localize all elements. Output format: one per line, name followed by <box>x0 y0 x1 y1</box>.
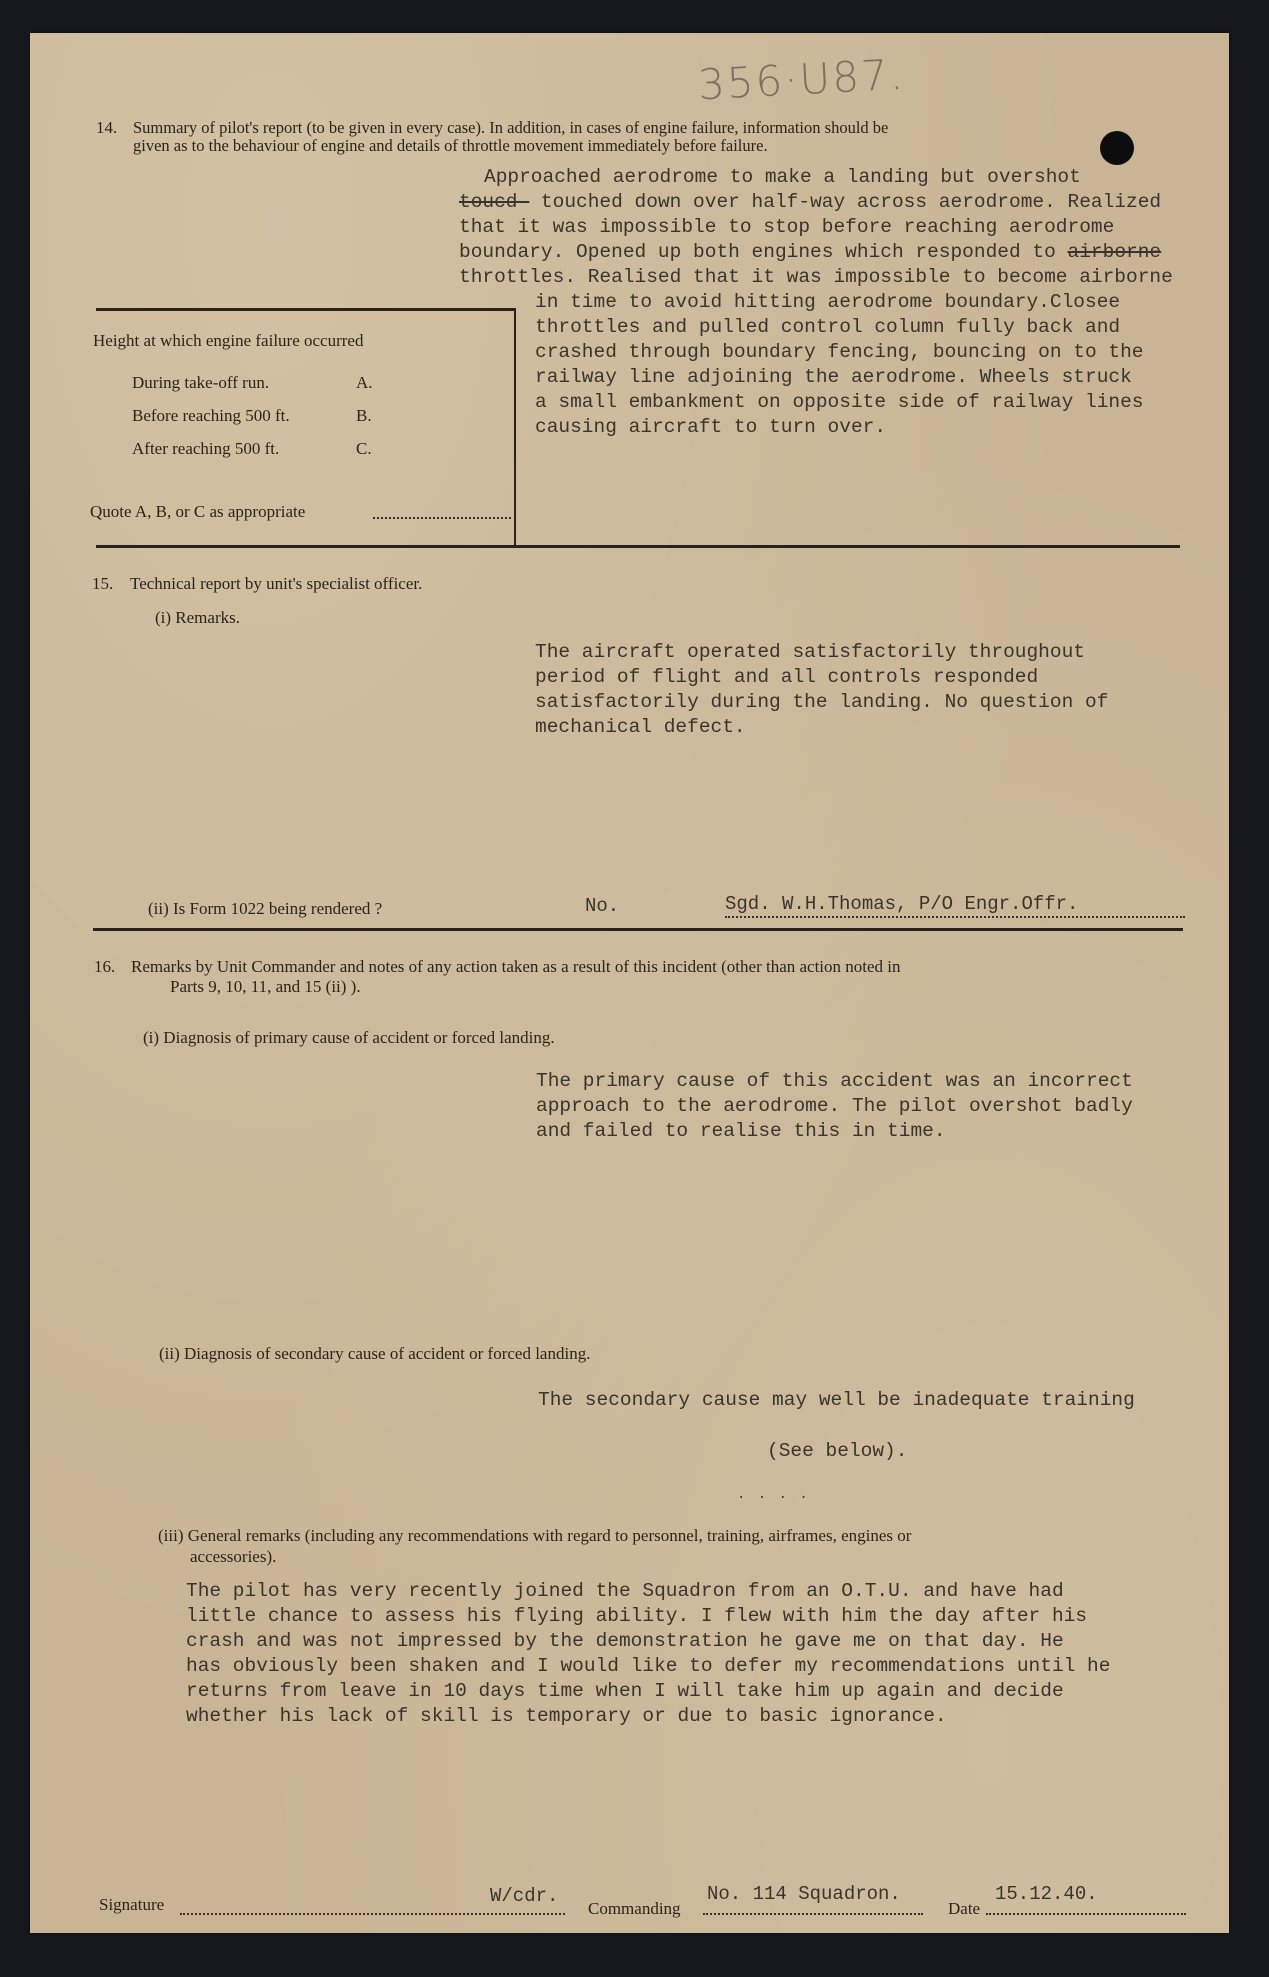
technical-remarks-line-3: satisfactorily during the landing. No qu… <box>535 690 1108 715</box>
date-field[interactable] <box>986 1913 1186 1915</box>
commanding-label: Commanding <box>588 1899 681 1919</box>
punch-hole <box>1100 131 1134 165</box>
pilot-report-line-3: that it was impossible to stop before re… <box>459 215 1114 240</box>
section-16-number: 16. <box>94 957 115 977</box>
engine-failure-option-label: Before reaching 500 ft. <box>132 406 290 426</box>
engineer-signature: Sgd. W.H.Thomas, P/O Engr.Offr. <box>725 893 1078 915</box>
pilot-report-line-9: railway line adjoining the aerodrome. Wh… <box>535 365 1132 390</box>
section-14-heading-line1: Summary of pilot's report (to be given i… <box>133 118 888 138</box>
engineer-signature-line <box>725 916 1185 918</box>
general-remarks-line-2: little chance to assess his flying abili… <box>186 1604 1087 1629</box>
commanding-field[interactable] <box>703 1913 923 1915</box>
primary-cause-line-1: The primary cause of this accident was a… <box>536 1069 1133 1094</box>
primary-cause-line-2: approach to the aerodrome. The pilot ove… <box>536 1094 1133 1119</box>
pilot-report-line-4: boundary. Opened up both engines which r… <box>459 240 1161 265</box>
struck-word: airborne <box>1068 241 1162 263</box>
section-15-number: 15. <box>92 574 113 594</box>
engine-failure-option-label: During take-off run. <box>132 373 269 393</box>
pilot-report-line-1: Approached aerodrome to make a landing b… <box>484 165 1081 190</box>
box-top-rule <box>96 308 516 311</box>
general-remarks-line-3: crash and was not impressed by the demon… <box>186 1629 1064 1654</box>
section-divider <box>96 545 1180 548</box>
secondary-cause-text: The secondary cause may well be inadequa… <box>538 1388 1135 1413</box>
technical-remarks-line-2: period of flight and all controls respon… <box>535 665 1038 690</box>
technical-remarks-line-1: The aircraft operated satisfactorily thr… <box>535 640 1085 665</box>
pilot-report-line-11: causing aircraft to turn over. <box>535 415 886 440</box>
pilot-report-line-2: toucd- touched down over half-way across… <box>459 190 1161 215</box>
commanding-value: No. 114 Squadron. <box>707 1883 901 1905</box>
pilot-report-line-6: in time to avoid hitting aerodrome bound… <box>535 290 1120 315</box>
form-1022-value: No. <box>585 895 619 917</box>
signature-label: Signature <box>99 1895 164 1915</box>
pilot-report-line-7: throttles and pulled control column full… <box>535 315 1120 340</box>
general-remarks-line-4: has obviously been shaken and I would li… <box>186 1654 1110 1679</box>
pilot-report-line-5: throttles. Realised that it was impossib… <box>459 265 1173 290</box>
engine-failure-option-code: C. <box>356 439 372 459</box>
general-remarks-line-1: The pilot has very recently joined the S… <box>186 1579 1064 1604</box>
remarks-label: (i) Remarks. <box>155 608 240 628</box>
signature-field[interactable] <box>180 1913 565 1915</box>
general-remarks-line-5: returns from leave in 10 days time when … <box>186 1679 1064 1704</box>
date-value: 15.12.40. <box>995 1883 1098 1905</box>
section-15-heading: Technical report by unit's specialist of… <box>130 574 422 594</box>
engine-failure-option-label: After reaching 500 ft. <box>132 439 279 459</box>
general-remarks-label-line1: (iii) General remarks (including any rec… <box>158 1526 911 1546</box>
engine-failure-option-code: A. <box>356 373 373 393</box>
quote-abc-label: Quote A, B, or C as appropriate <box>90 502 305 522</box>
engine-failure-option-code: B. <box>356 406 372 426</box>
date-label: Date <box>948 1899 980 1919</box>
section-14-heading-line2: given as to the behaviour of engine and … <box>133 136 768 156</box>
section-14-number: 14. <box>96 118 117 138</box>
pilot-report-line-8: crashed through boundary fencing, bounci… <box>535 340 1144 365</box>
document-page: 356·U87. 14. Summary of pilot's report (… <box>30 33 1229 1933</box>
quote-abc-field[interactable] <box>373 517 511 519</box>
secondary-cause-label: (ii) Diagnosis of secondary cause of acc… <box>159 1344 590 1364</box>
technical-remarks-line-4: mechanical defect. <box>535 715 746 740</box>
primary-cause-label: (i) Diagnosis of primary cause of accide… <box>143 1028 555 1048</box>
handwritten-reference-number: 356·U87. <box>697 50 906 110</box>
signature-value: W/cdr. <box>490 1885 558 1907</box>
primary-cause-line-3: and failed to realise this in time. <box>536 1119 946 1144</box>
form-1022-label: (ii) Is Form 1022 being rendered ? <box>148 899 382 919</box>
struck-word: toucd- <box>459 191 529 213</box>
secondary-cause-see-below: (See below). <box>767 1439 907 1464</box>
section-divider <box>93 928 1183 931</box>
general-remarks-line-6: whether his lack of skill is temporary o… <box>186 1704 947 1729</box>
section-16-heading-line1: Remarks by Unit Commander and notes of a… <box>131 957 901 977</box>
section-16-heading-line2: Parts 9, 10, 11, and 15 (ii) ). <box>170 977 361 997</box>
pilot-report-line-10: a small embankment on opposite side of r… <box>535 390 1144 415</box>
engine-failure-box-title: Height at which engine failure occurred <box>93 331 363 351</box>
box-right-rule <box>514 308 516 548</box>
secondary-cause-dots: . . . . <box>737 1483 810 1508</box>
general-remarks-label-line2: accessories). <box>190 1547 276 1567</box>
